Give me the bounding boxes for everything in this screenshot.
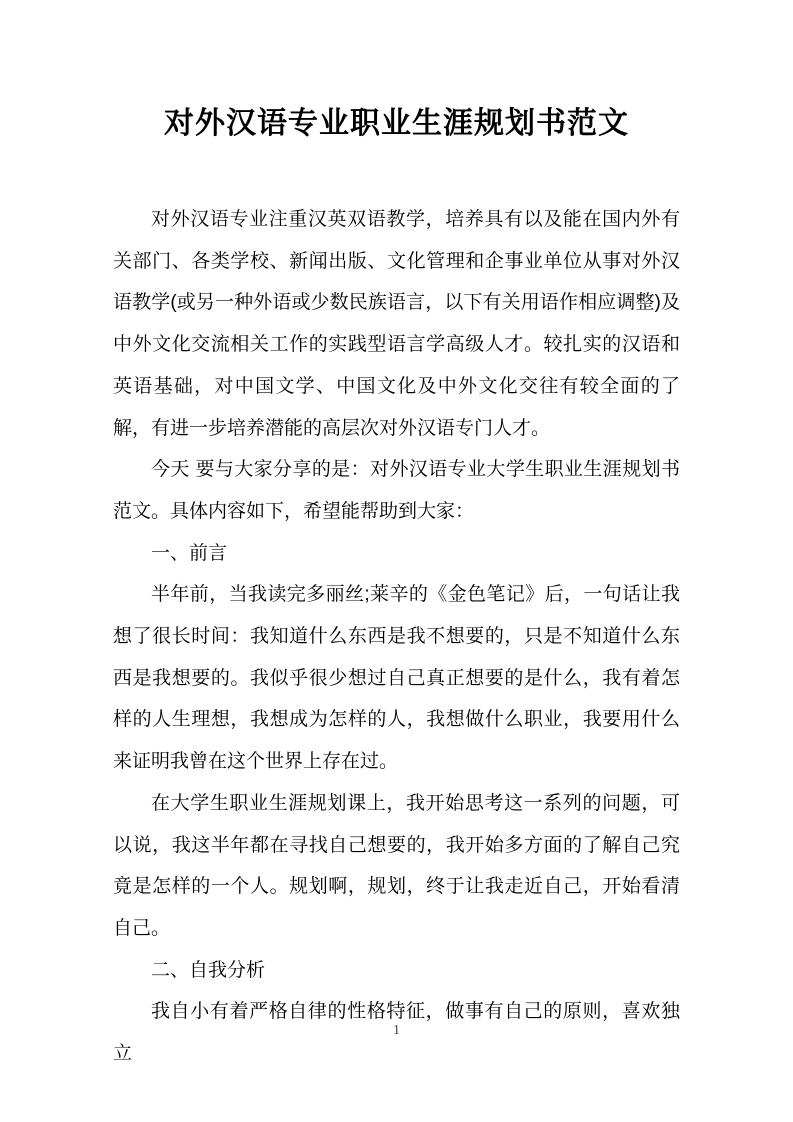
- paragraph-major-intro: 对外汉语专业注重汉英双语教学，培养具有以及能在国内外有关部门、各类学校、新闻出版…: [113, 199, 680, 449]
- paragraph-preface-1: 半年前，当我读完多丽丝;莱辛的《金色笔记》后，一句话让我想了很长时间：我知道什么…: [113, 574, 680, 783]
- section-heading-preface: 一、前言: [113, 533, 680, 575]
- paragraph-preface-2: 在大学生职业生涯规划课上，我开始思考这一系列的问题，可以说，我这半年都在寻找自己…: [113, 783, 680, 950]
- document-title: 对外汉语专业职业生涯规划书范文: [0, 0, 793, 145]
- page-number: 1: [0, 1022, 793, 1040]
- document-body: 对外汉语专业注重汉英双语教学，培养具有以及能在国内外有关部门、各类学校、新闻出版…: [113, 199, 680, 1075]
- paragraph-share-intro: 今天 要与大家分享的是：对外汉语专业大学生职业生涯规划书范文。具体内容如下，希望…: [113, 449, 680, 532]
- document-page: 对外汉语专业职业生涯规划书范文 对外汉语专业注重汉英双语教学，培养具有以及能在国…: [0, 0, 793, 1122]
- section-heading-self-analysis: 二、自我分析: [113, 950, 680, 992]
